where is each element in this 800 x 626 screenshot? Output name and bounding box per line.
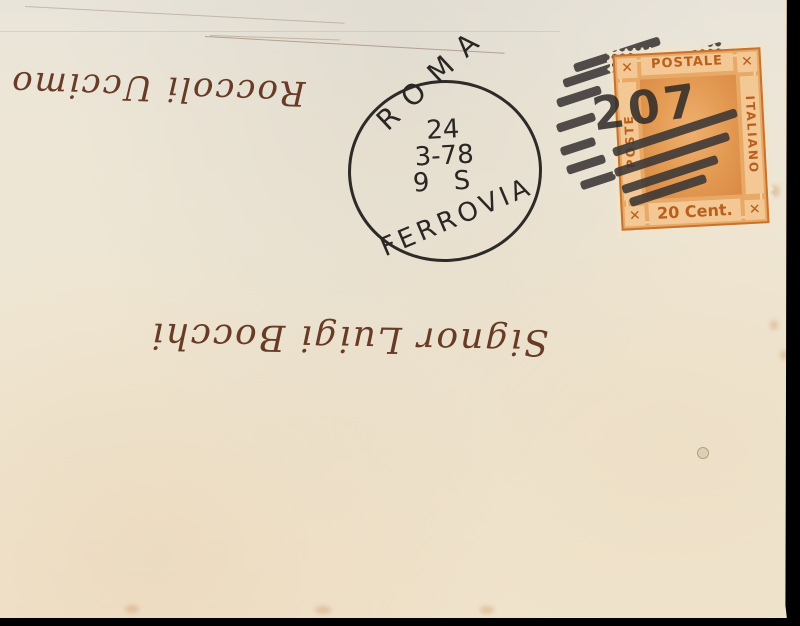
paper-flaw	[697, 447, 709, 459]
corner-ornament-icon: ✕	[744, 199, 765, 220]
foxing-spot	[780, 350, 788, 360]
handwritten-address: Signor Luigi Bocchi	[150, 315, 549, 363]
corner-ornament-icon: ✕	[617, 58, 638, 79]
foxing-spot	[770, 320, 778, 330]
foxing-spot	[315, 606, 331, 614]
postage-stamp: POSTALE POSTE ITALIANO 20 Cent. ✕ ✕ ✕ ✕	[606, 41, 776, 237]
corner-ornament-icon: ✕	[624, 206, 645, 227]
circular-date-postmark: ROMA 24 3-78 9 S FERROVIA	[343, 75, 546, 267]
crease-line	[25, 6, 345, 24]
foxing-spot	[125, 605, 139, 613]
stamp-value-label: 20 Cent.	[648, 199, 741, 226]
foxing-spot	[480, 606, 494, 614]
handwritten-sender-line: Roccoli Uccimo	[9, 63, 306, 113]
envelope: Roccoli Uccimo Signor Luigi Bocchi POSTA…	[0, 0, 787, 618]
corner-ornament-icon: ✕	[737, 51, 758, 72]
